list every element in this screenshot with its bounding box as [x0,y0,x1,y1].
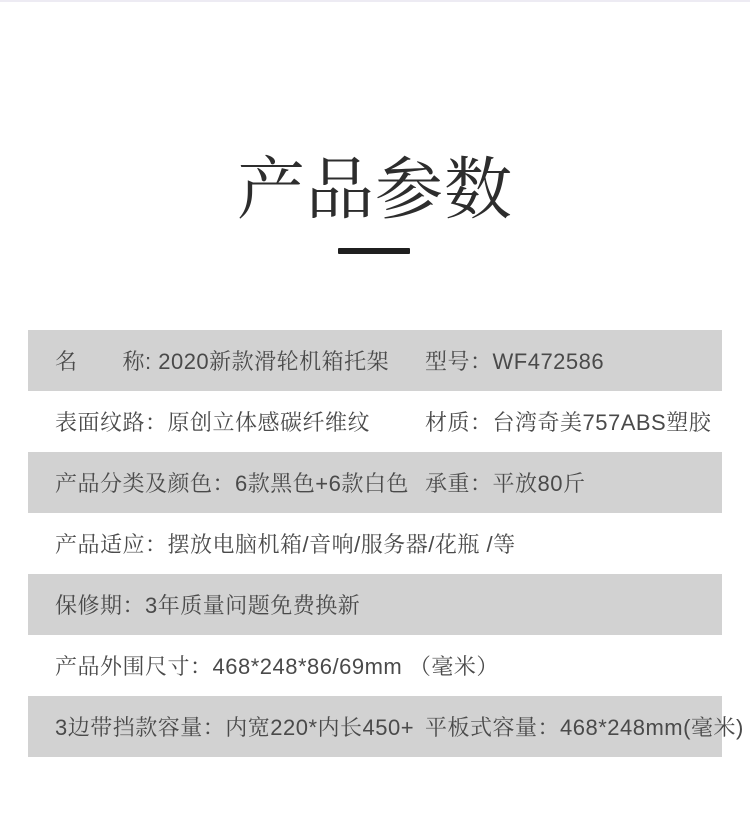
spec-cell-left: 产品适应：摆放电脑机箱/音响/服务器/花瓶 /等 [55,528,516,559]
spec-cell-left: 3边带挡款容量：内宽220*内长450+ [55,711,425,742]
spec-cell-left: 产品分类及颜色：6款黑色+6款白色 [55,467,425,498]
spec-cell-left: 名 称: 2020新款滑轮机箱托架 [55,345,425,376]
spec-cell-left: 表面纹路：原创立体感碳纤维纹 [55,406,425,437]
product-spec-page: 产品参数 名 称: 2020新款滑轮机箱托架 型号：WF472586 表面纹路：… [0,0,750,818]
spec-table: 名 称: 2020新款滑轮机箱托架 型号：WF472586 表面纹路：原创立体感… [28,330,722,757]
spec-cell-left: 保修期：3年质量问题免费换新 [55,589,425,620]
spec-cell-right: 材质：台湾奇美757ABS塑胶 [425,406,711,437]
spec-row-warranty: 保修期：3年质量问题免费换新 [28,574,722,635]
spec-row-texture-and-material: 表面纹路：原创立体感碳纤维纹 材质：台湾奇美757ABS塑胶 [28,391,722,452]
title-underline-dash [338,248,410,254]
page-title: 产品参数 [0,153,750,228]
spec-cell-right: 承重：平放80斤 [425,467,585,498]
spec-cell-right: 型号：WF472586 [425,345,604,376]
spec-row-outer-dimensions: 产品外围尺寸：468*248*86/69mm （毫米） [28,635,722,696]
spec-row-capacity: 3边带挡款容量：内宽220*内长450+ 平板式容量：468*248mm(毫米) [28,696,722,757]
spec-row-color-and-load: 产品分类及颜色：6款黑色+6款白色 承重：平放80斤 [28,452,722,513]
spec-cell-left: 产品外围尺寸：468*248*86/69mm （毫米） [55,650,499,681]
spec-row-name-and-model: 名 称: 2020新款滑轮机箱托架 型号：WF472586 [28,330,722,391]
spec-row-usage: 产品适应：摆放电脑机箱/音响/服务器/花瓶 /等 [28,513,722,574]
spec-cell-right: 平板式容量：468*248mm(毫米) [425,711,744,742]
top-divider-line [0,0,750,2]
